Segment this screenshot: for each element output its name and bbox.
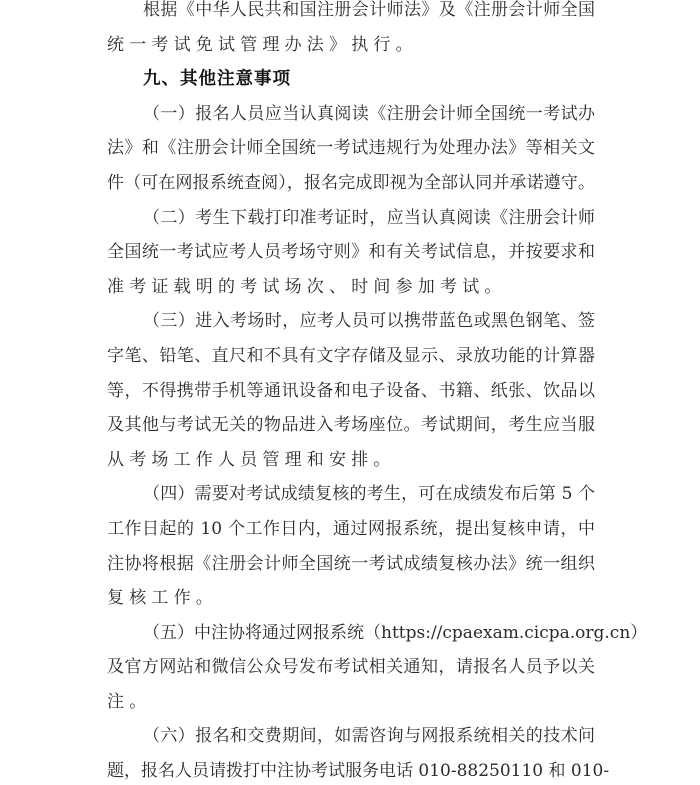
text-line: 工作日起的 10 个工作日内，通过网报系统，提出复核申请，中 <box>107 512 595 547</box>
text-line: 件（可在网报系统查阅），报名完成即视为全部认同并承诺遵守。 <box>107 166 595 201</box>
text-line: 根据《中华人民共和国注册会计师法》及《注册会计师全国 <box>107 0 595 28</box>
text-line: 字笔、铅笔、直尺和不具有文字存储及显示、录放功能的计算器 <box>107 339 595 374</box>
text-line: 及其他与考试无关的物品进入考场座位。考试期间，考生应当服 <box>107 408 595 443</box>
text-line: 从考场工作人员管理和安排。 <box>107 443 595 478</box>
intro-paragraph: 根据《中华人民共和国注册会计师法》及《注册会计师全国 统一考试免试管理办法》执行… <box>107 0 595 62</box>
text-line: 准考证载明的考试场次、时间参加考试。 <box>107 270 595 305</box>
text-line: （三）进入考场时，应考人员可以携带蓝色或黑色钢笔、签 <box>107 304 595 339</box>
item-2-paragraph: （二）考生下载打印准考证时，应当认真阅读《注册会计师 全国统一考试应考人员考场守… <box>107 201 595 305</box>
text-line: （二）考生下载打印准考证时，应当认真阅读《注册会计师 <box>107 201 595 236</box>
text-line-with-url: （五）中注协将通过网报系统（https://cpaexam.cicpa.org.… <box>107 616 595 651</box>
item-4-paragraph: （四）需要对考试成绩复核的考生，可在成绩发布后第 5 个 工作日起的 10 个工… <box>107 477 595 615</box>
item-1-paragraph: （一）报名人员应当认真阅读《注册会计师全国统一考试办 法》和《注册会计师全国统一… <box>107 97 595 201</box>
text-line: （一）报名人员应当认真阅读《注册会计师全国统一考试办 <box>107 97 595 132</box>
item-6-paragraph: （六）报名和交费期间，如需咨询与网报系统相关的技术问 题，报名人员请拨打中注协考… <box>107 719 595 785</box>
text-line-with-phone: 题，报名人员请拨打中注协考试服务电话 010-88250110 和 010- <box>107 754 595 785</box>
text-line: 统一考试免试管理办法》执行。 <box>107 28 595 63</box>
text-line: 注。 <box>107 685 595 720</box>
item-5-paragraph: （五）中注协将通过网报系统（https://cpaexam.cicpa.org.… <box>107 616 595 720</box>
text-line: 全国统一考试应考人员考场守则》和有关考试信息，并按要求和 <box>107 235 595 270</box>
text-line: （四）需要对考试成绩复核的考生，可在成绩发布后第 5 个 <box>107 477 595 512</box>
text-line: 及官方网站和微信公众号发布考试相关通知，请报名人员予以关 <box>107 650 595 685</box>
document-page: 根据《中华人民共和国注册会计师法》及《注册会计师全国 统一考试免试管理办法》执行… <box>107 0 595 785</box>
text-line: 注协将根据《注册会计师全国统一考试成绩复核办法》统一组织 <box>107 547 595 582</box>
text-line: 等，不得携带手机等通讯设备和电子设备、书籍、纸张、饮品以 <box>107 374 595 409</box>
text-line: 复核工作。 <box>107 581 595 616</box>
section-heading: 九、其他注意事项 <box>107 62 595 97</box>
text-line: 法》和《注册会计师全国统一考试违规行为处理办法》等相关文 <box>107 131 595 166</box>
text-line: （六）报名和交费期间，如需咨询与网报系统相关的技术问 <box>107 719 595 754</box>
item-3-paragraph: （三）进入考场时，应考人员可以携带蓝色或黑色钢笔、签 字笔、铅笔、直尺和不具有文… <box>107 304 595 477</box>
